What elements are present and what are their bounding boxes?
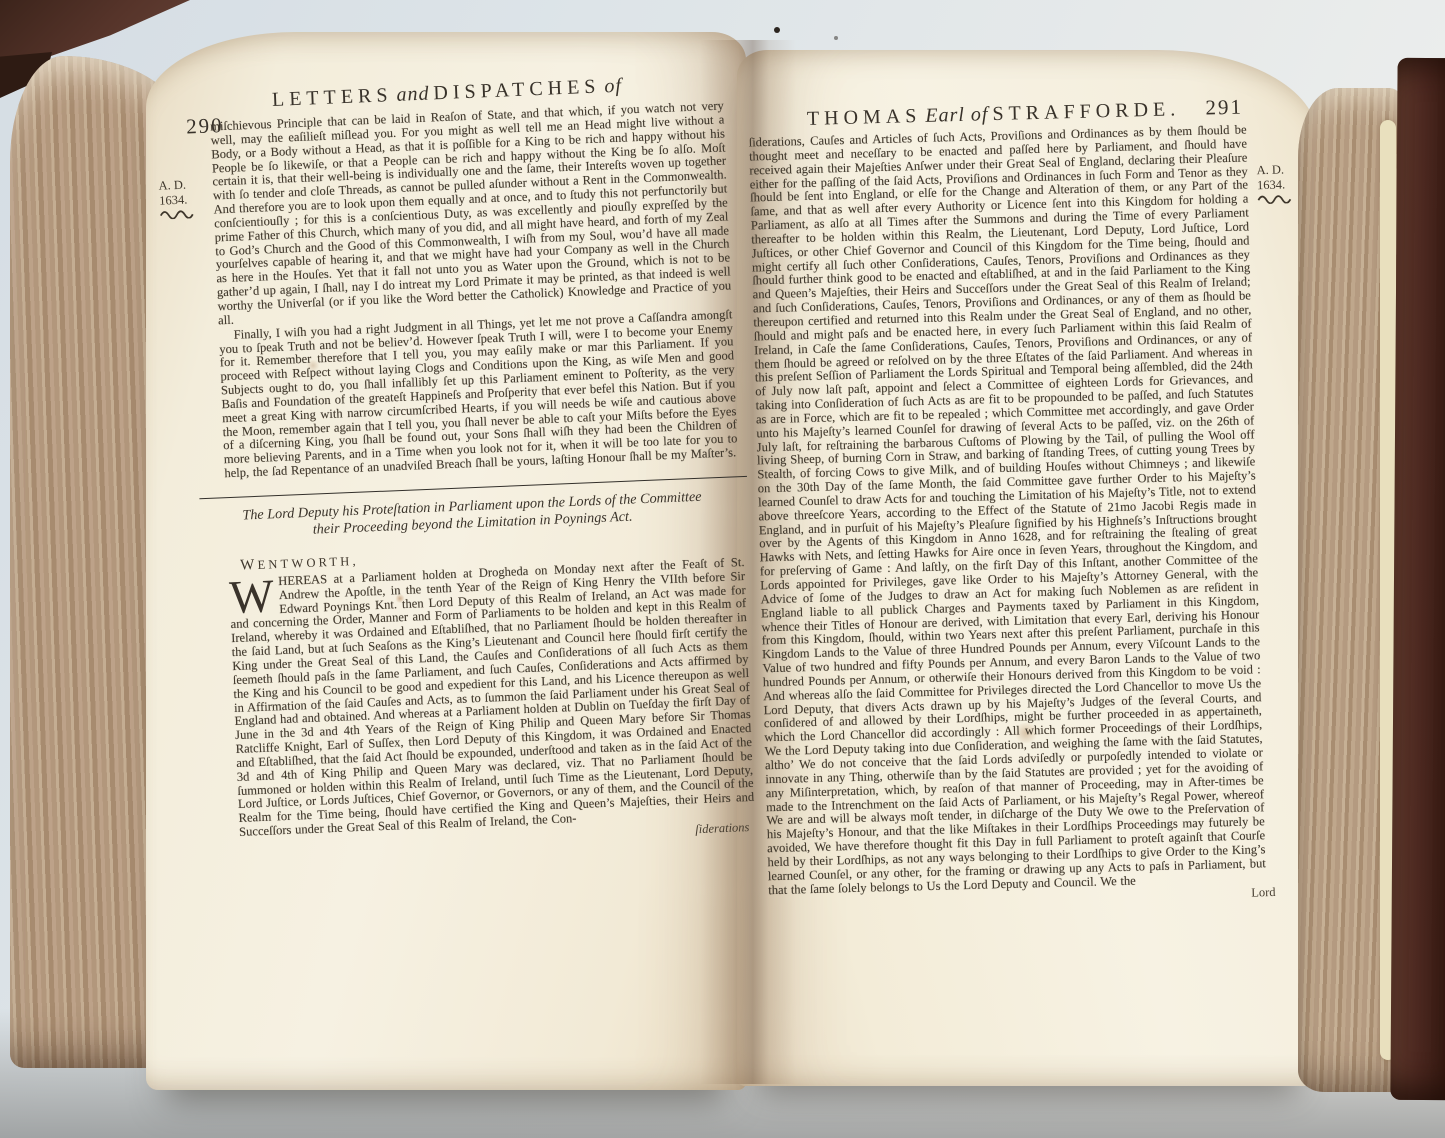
running-header-word: STRAFFORDE.: [992, 98, 1180, 125]
margin-note-line: A. D.: [1256, 162, 1290, 178]
photo-speck: [774, 27, 780, 33]
margin-note-line: 1634.: [1257, 177, 1291, 193]
ink-flourish-icon: [160, 208, 194, 219]
book-photograph: 290 LETTERS and DISPATCHES of A. D. 1634…: [0, 0, 1445, 1138]
running-header-word-italic: of: [604, 75, 622, 98]
ink-flourish-icon: [1257, 193, 1291, 204]
margin-note-line: A. D.: [158, 177, 193, 193]
paragraph: ſiderations, Cauſes and Articles of ſuch…: [749, 123, 1267, 897]
right-page-text-block: THOMAS Earl of STRAFFORDE. 291 A. D. 163…: [738, 95, 1304, 913]
running-header-word: THOMAS: [807, 105, 922, 130]
photo-speck: [834, 36, 838, 40]
right-page-number: 291: [1205, 95, 1243, 121]
whereas-paragraph: W HEREAS at a Parliament holden at Drogh…: [229, 556, 755, 840]
drop-cap-initial: W: [229, 575, 280, 617]
left-margin-date-note: A. D. 1634.: [158, 177, 194, 219]
paragraph: miſchievous Principle that can be laid i…: [210, 99, 732, 328]
book-cover-right: [1390, 58, 1445, 1100]
running-header-word-italic: and: [396, 83, 430, 106]
paragraph: HEREAS at a Parliament holden at Droghed…: [229, 556, 755, 840]
running-header-word-italic: Earl of: [925, 103, 989, 127]
right-margin-date-note: A. D. 1634.: [1256, 162, 1291, 204]
paragraph: Finally, I wiſh you had a right Judgment…: [218, 308, 738, 481]
left-page-body: A. D. 1634. miſchievous Principle that c…: [158, 99, 768, 858]
running-header-word: LETTERS: [272, 84, 393, 111]
margin-note-line: 1634.: [159, 192, 194, 208]
left-page-text-block: 290 LETTERS and DISPATCHES of A. D. 1634…: [157, 70, 768, 858]
right-page-body: A. D. 1634. ſiderations, Cauſes and Arti…: [739, 122, 1304, 913]
